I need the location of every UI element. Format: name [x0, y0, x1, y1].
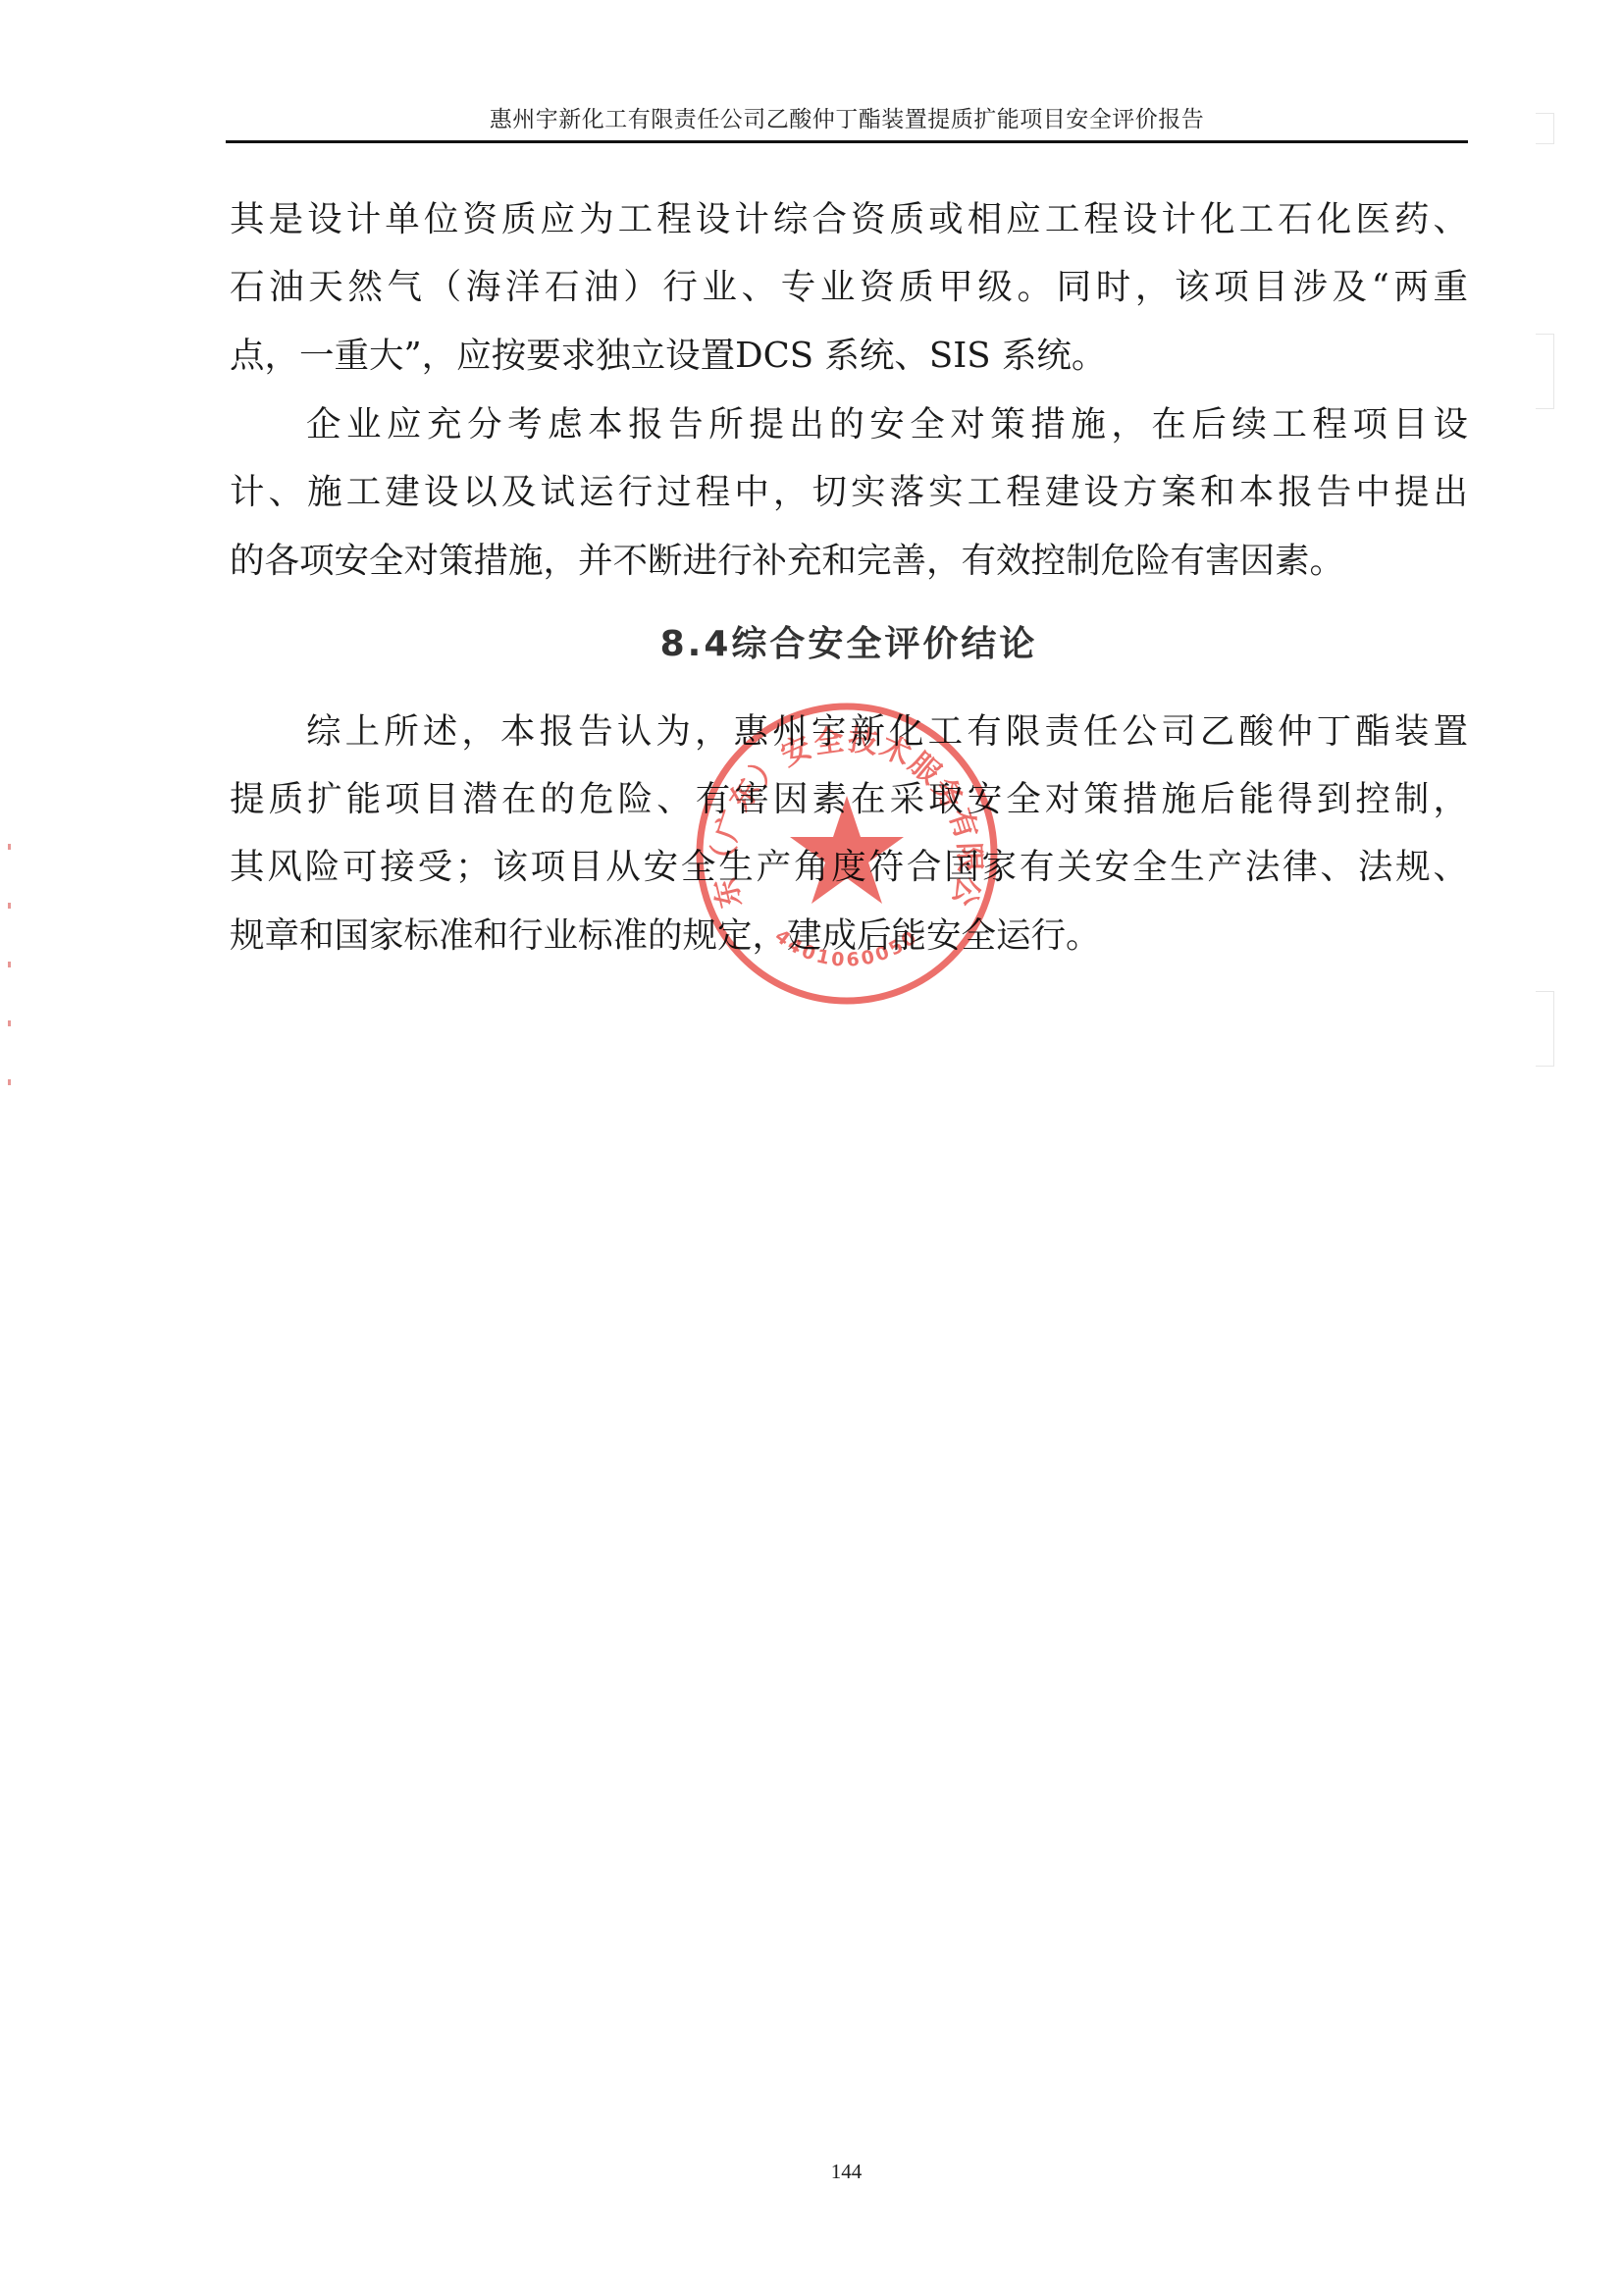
- text-line: 石油天然气（海洋石油）行业、专业资质甲级。同时，该项目涉及“两重: [230, 263, 1468, 312]
- text-line: 其是设计单位资质应为工程设计综合资质或相应工程设计化工石化医药、: [230, 195, 1468, 244]
- text-line: 企业应充分考虑本报告所提出的安全对策措施，在后续工程项目设: [230, 400, 1468, 449]
- text-line: 综上所述，本报告认为，惠州宇新化工有限责任公司乙酸仲丁酯装置: [230, 707, 1468, 757]
- scan-edge-artifact: [1536, 113, 1554, 144]
- text-line: 规章和国家标准和行业标准的规定，建成后能安全运行。: [230, 912, 1468, 961]
- text-line: 提质扩能项目潜在的危险、有害因素在采取安全对策措施后能得到控制，: [230, 775, 1468, 824]
- page-number: 144: [785, 2157, 908, 2186]
- section-heading: 8.4综合安全评价结论: [230, 620, 1468, 669]
- scan-edge-artifact: [1536, 334, 1554, 409]
- text-line: 其风险可接受；该项目从安全生产角度符合国家有关安全生产法律、法规、: [230, 843, 1468, 892]
- scan-edge-artifact: [1536, 991, 1554, 1067]
- header-rule: [226, 140, 1468, 143]
- text-line: 的各项安全对策措施，并不断进行补充和完善，有效控制危险有害因素。: [230, 537, 1468, 586]
- running-header: 惠州宇新化工有限责任公司乙酸仲丁酯装置提质扩能项目安全评价报告: [228, 102, 1466, 137]
- scan-edge-artifact: [8, 844, 11, 1099]
- text-line: 点，一重大”，应按要求独立设置DCS 系统、SIS 系统。: [230, 332, 1468, 381]
- text-line: 计、施工建设以及试运行过程中，切实落实工程建设方案和本报告中提出: [230, 468, 1468, 517]
